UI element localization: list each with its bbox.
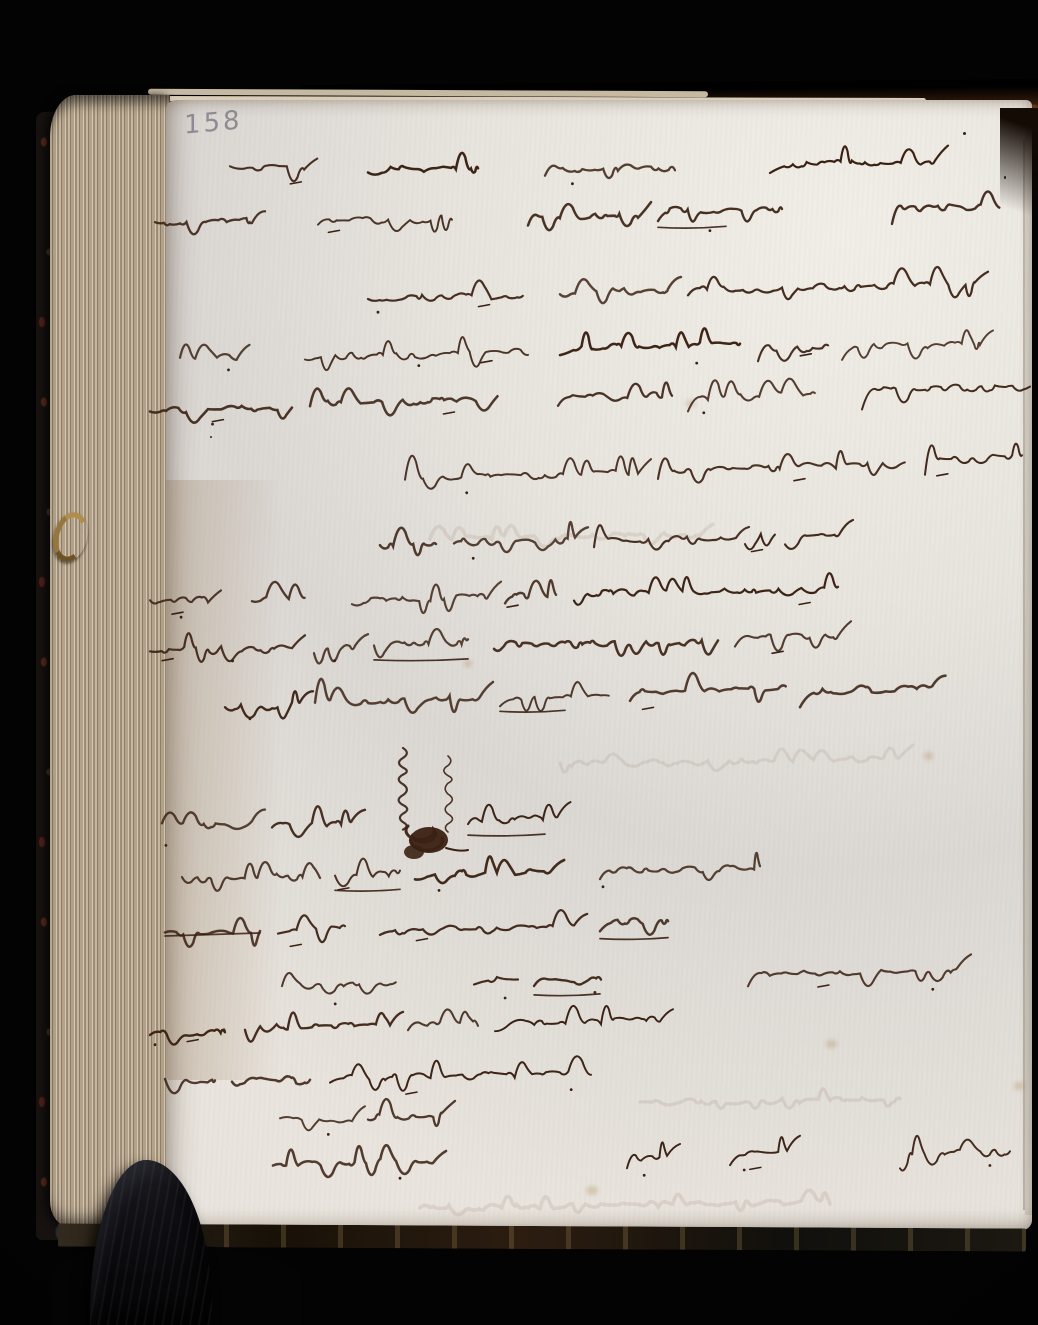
- foxing-spot: [826, 1040, 837, 1048]
- foxing-spot: [586, 1186, 598, 1195]
- foxing-spot: [686, 400, 695, 407]
- photo-background: 158: [0, 0, 1038, 1325]
- manuscript-page: [166, 100, 1032, 1230]
- page-edge-stack: [50, 95, 170, 1227]
- foxing-spot: [464, 660, 472, 667]
- right-edge-shading: [1025, 130, 1032, 1215]
- gutter-shadow: [1000, 108, 1038, 243]
- folio-number: 158: [184, 105, 242, 140]
- foxing-spot: [924, 752, 933, 760]
- foxing-spot: [1014, 1082, 1024, 1090]
- ink-speck: [210, 436, 212, 438]
- ink-speck: [963, 132, 966, 135]
- page-left-shadow: [166, 480, 281, 1080]
